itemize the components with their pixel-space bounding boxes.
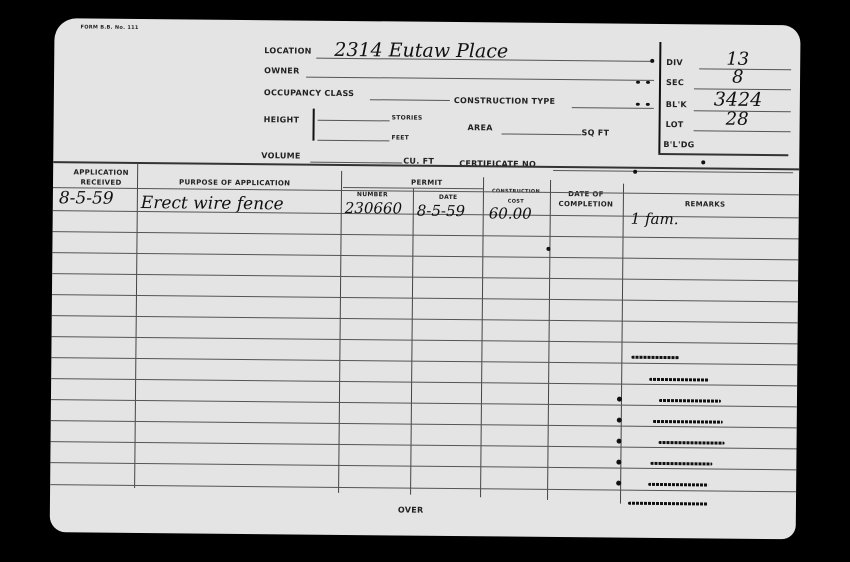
margin-dot — [636, 81, 640, 84]
scan-artifact — [617, 397, 622, 402]
margin-dot — [636, 103, 640, 106]
side-box-border — [658, 42, 661, 154]
area-label: AREA — [468, 123, 493, 132]
col-divider — [480, 177, 484, 497]
margin-dot — [650, 59, 654, 63]
row-line — [52, 315, 798, 323]
margin-dot — [633, 170, 637, 174]
header-permit-number: NUMBER — [357, 191, 388, 198]
lot-value: 28 — [726, 109, 749, 130]
row-line — [51, 357, 797, 365]
margin-dot — [646, 81, 650, 84]
side-box-bottom — [658, 153, 788, 156]
sec-value: 8 — [732, 67, 744, 88]
scan-artifact — [616, 460, 621, 465]
col-divider — [620, 184, 624, 504]
row-line — [52, 252, 798, 260]
sec-label: SEC — [666, 78, 684, 87]
construction-type-line — [572, 107, 654, 109]
sq-ft-label: SQ FT — [581, 128, 609, 137]
scan-artifact — [631, 356, 679, 359]
height-label: HEIGHT — [264, 115, 300, 124]
form-number: FORM B.B. No. 111 — [80, 24, 138, 31]
area-line — [502, 133, 582, 135]
permit-card: FORM B.B. No. 111 LOCATION 2314 Eutaw Pl… — [50, 18, 801, 539]
header-remarks: REMARKS — [685, 200, 726, 208]
div-label: DIV — [666, 58, 683, 67]
scan-artifact — [616, 481, 621, 486]
feet-line — [317, 140, 389, 142]
scan-artifact — [546, 247, 550, 251]
row-line — [52, 336, 798, 344]
stories-line — [318, 120, 390, 122]
height-brace — [312, 109, 314, 141]
blk-label: BL'K — [666, 100, 687, 109]
scan-artifact — [617, 439, 622, 444]
owner-label: OWNER — [264, 66, 300, 75]
location-value: 2314 Eutaw Place — [334, 39, 508, 63]
stories-label: STORIES — [392, 114, 423, 121]
header-purpose: PURPOSE OF APPLICATION — [179, 178, 290, 187]
occupancy-class-label: OCCUPANCY CLASS — [264, 88, 354, 98]
scan-artifact — [653, 420, 723, 424]
row1-purpose: Erect wire fence — [141, 193, 284, 214]
row1-permit-date: 8-5-59 — [417, 202, 465, 220]
row-line — [53, 231, 799, 239]
blk-value: 3424 — [714, 89, 763, 111]
row1-permit-number: 230660 — [345, 199, 402, 218]
feet-label: FEET — [391, 134, 409, 141]
header-permit-date: DATE — [439, 194, 458, 201]
lot-line — [694, 130, 791, 132]
scan-artifact — [659, 399, 721, 403]
occupancy-class-line — [370, 99, 450, 101]
bldg-label: B'L'DG — [663, 140, 694, 149]
construction-type-label: CONSTRUCTION TYPE — [454, 96, 556, 106]
row1-construction-cost: 60.00 — [489, 204, 532, 222]
row-line — [52, 294, 798, 302]
row1-remarks: 1 fam. — [631, 210, 679, 228]
scan-artifact — [648, 483, 708, 487]
margin-dot — [646, 103, 650, 106]
certificate-no-line — [553, 170, 793, 173]
row1-application-received: 8-5-59 — [59, 188, 114, 209]
scan-artifact — [650, 462, 712, 466]
header-application-received: APPLICATION RECEIVED — [65, 167, 137, 188]
margin-dot — [701, 160, 705, 164]
footer-over: OVER — [398, 505, 424, 514]
row-line — [52, 273, 798, 281]
volume-label: VOLUME — [261, 151, 300, 160]
scan-artifact — [617, 418, 622, 423]
lot-label: LOT — [666, 120, 684, 129]
scan-artifact — [659, 441, 725, 445]
scan-artifact — [649, 378, 709, 382]
header-permit: PERMIT — [411, 179, 443, 187]
location-label: LOCATION — [264, 46, 311, 55]
owner-line — [306, 77, 654, 81]
scan-artifact — [628, 502, 708, 506]
